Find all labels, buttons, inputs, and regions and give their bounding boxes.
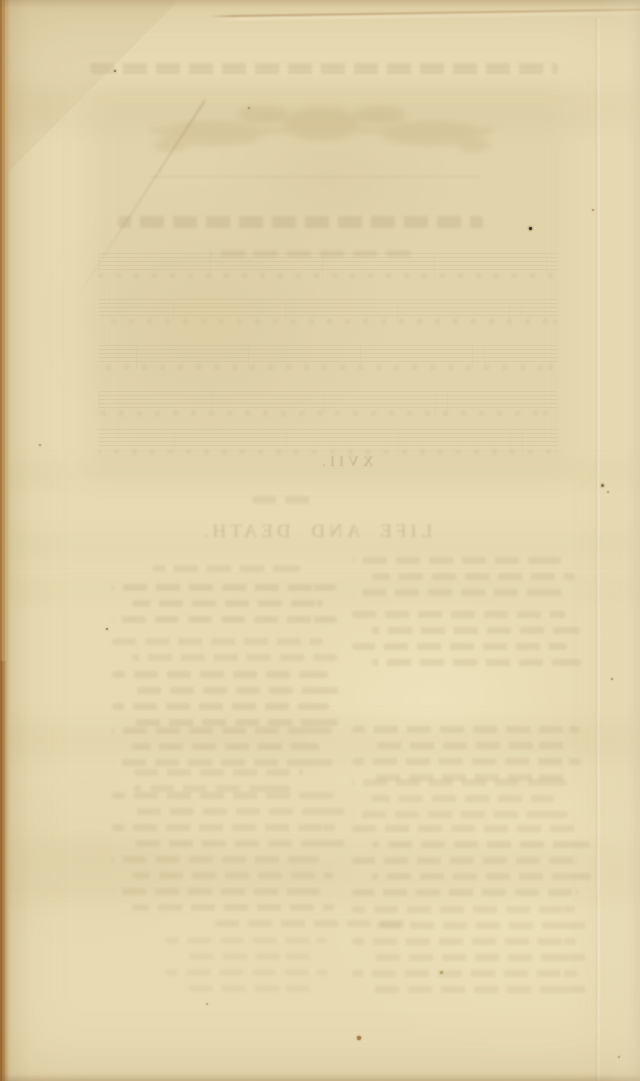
ghost-verse-block [90, 63, 558, 79]
ghost-line [352, 758, 581, 765]
ghost-line [165, 969, 328, 976]
ghost-line [132, 872, 333, 879]
foxing-speck [618, 1056, 620, 1058]
ghost-line [352, 825, 576, 832]
ghost-line [352, 938, 576, 945]
ghost-verse-block [112, 584, 344, 632]
foxing-speck [357, 1036, 361, 1040]
foxing-speck [248, 107, 250, 109]
ghost-line [372, 922, 589, 929]
staff-ghost [98, 345, 558, 369]
ghost-line [112, 888, 320, 895]
ghost-line [352, 557, 561, 564]
ghost-verse-block [352, 906, 600, 1002]
ghost-line [372, 986, 591, 993]
foxing-speck [39, 444, 41, 446]
notes-ghost [98, 319, 558, 324]
ghost-line [90, 63, 558, 74]
ghost-line [352, 811, 568, 818]
ghost-verse-block [352, 825, 594, 905]
ghost-verse-block [252, 496, 338, 512]
ghost-line [132, 654, 337, 661]
foxing-speck [529, 227, 532, 230]
foxing-speck [592, 209, 594, 211]
ghost-line [112, 759, 333, 766]
ghost-verse-block [118, 216, 490, 232]
ghost-line [152, 565, 301, 572]
ghost-line [185, 985, 315, 992]
ghost-line [165, 937, 327, 944]
floral-ornament-ghost [150, 92, 494, 168]
ghost-line [352, 857, 577, 864]
ghost-verse-block [112, 638, 338, 670]
staff-ghost [98, 429, 558, 453]
ghost-line [132, 840, 349, 847]
ghost-verse-block [112, 792, 350, 856]
scanned-page: XVII. LIFE AND DEATH. [0, 0, 640, 1081]
ghost-line [112, 824, 335, 831]
ghost-verse-block [352, 557, 578, 605]
ghost-line [352, 611, 566, 618]
ghost-line [112, 856, 319, 863]
ghost-verse-block [165, 937, 337, 1001]
foxing-speck [611, 678, 613, 680]
notes-ghost [98, 365, 558, 370]
ghost-line [352, 643, 567, 650]
ghost-line [352, 906, 575, 913]
staff-ghost [98, 253, 558, 277]
foxing-speck [601, 484, 604, 487]
ghost-line [112, 792, 334, 799]
ghost-line [352, 889, 578, 896]
ghost-line [112, 584, 336, 591]
ghost-line [112, 703, 329, 710]
ornament-rule-ghost [150, 176, 480, 178]
ghost-line [132, 719, 343, 726]
ghost-line [252, 496, 317, 504]
ghost-line [132, 808, 348, 815]
ghost-line [352, 589, 562, 596]
ghost-line [372, 627, 580, 634]
foxing-speck [206, 1003, 208, 1005]
notes-ghost [98, 273, 558, 278]
foxing-speck [440, 971, 443, 974]
ghost-verse-block [352, 779, 578, 827]
ghost-line [352, 726, 580, 733]
notes-ghost [98, 411, 558, 416]
staff-ghost [98, 299, 558, 323]
ghost-line [118, 216, 483, 228]
ghost-line [372, 795, 554, 802]
ghost-line [372, 954, 590, 961]
foxing-speck [114, 70, 116, 72]
ghost-line [185, 953, 314, 960]
ghost-verse-block [152, 565, 302, 581]
foxing-speck [106, 628, 108, 630]
ghost-line [132, 904, 334, 911]
staff-ghost [98, 391, 558, 415]
ghost-line [372, 873, 591, 880]
ghost-line [372, 573, 575, 580]
ghost-line [372, 659, 581, 666]
ghost-line [112, 727, 332, 734]
ghost-verse-block [112, 856, 342, 920]
foxing-speck [607, 491, 609, 493]
binding-gutter-shadow [0, 661, 8, 1081]
ghost-line [372, 841, 590, 848]
mirrored-section-title: LIFE AND DEATH. [186, 521, 446, 544]
mirrored-section-numeral: XVII. [298, 455, 394, 470]
ghost-line [372, 742, 567, 749]
ghost-line [352, 970, 577, 977]
ghost-line [132, 687, 342, 694]
ghost-line [112, 638, 323, 645]
ghost-verse-block [112, 671, 350, 735]
ghost-line [134, 785, 290, 792]
ghost-line [112, 671, 328, 678]
ghost-line [132, 743, 319, 750]
ghost-line [132, 600, 323, 607]
ghost-verse-block [352, 611, 590, 675]
ghost-verse-block [112, 727, 334, 775]
ghost-line [352, 779, 567, 786]
ghost-line [134, 769, 303, 776]
ghost-line [112, 616, 337, 623]
